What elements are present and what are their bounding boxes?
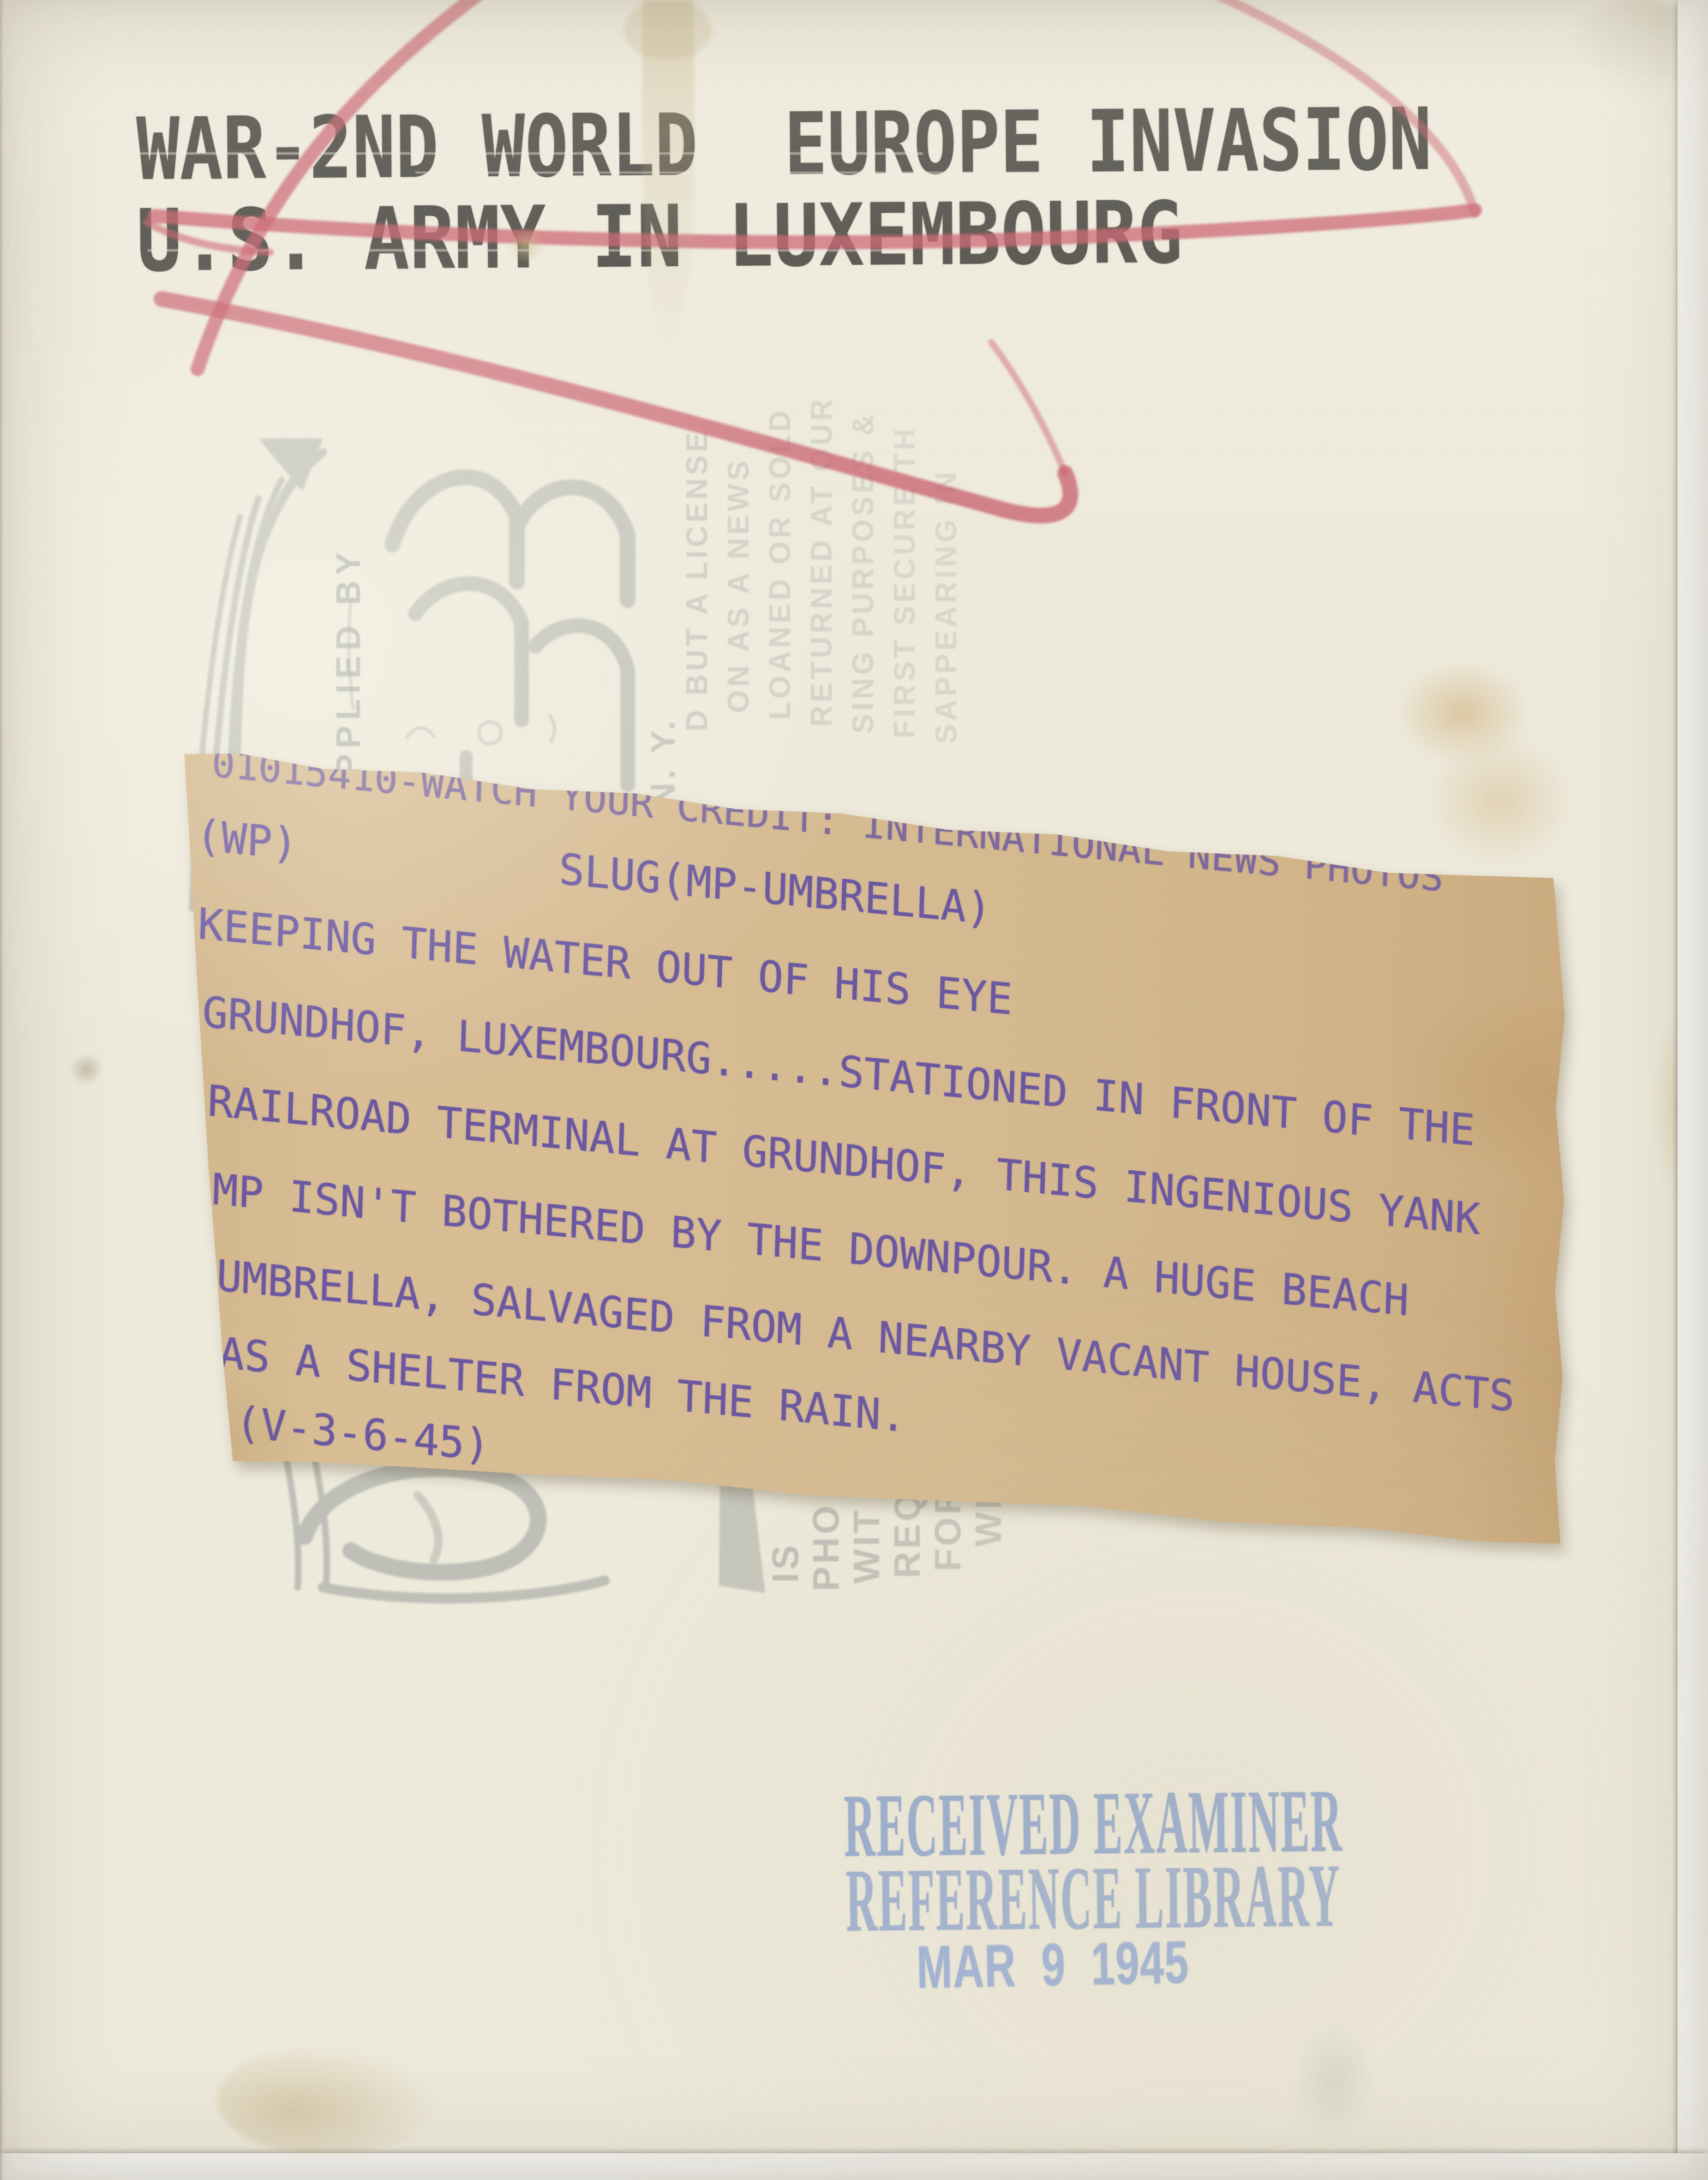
- stamp-conditions-col-7: SAPPEARING IN: [931, 469, 961, 744]
- stamp-conditions-col-6: FIRST SECURE TH: [890, 426, 919, 738]
- stamp-lower-fragment-1: IS: [767, 1542, 804, 1583]
- scanner-bed-right-edge: [1678, 0, 1708, 2180]
- caption-slip: 01015410-WATCH YOUR CREDIT: INTERNATIONA…: [164, 748, 1609, 1602]
- stamp-conditions-col-3: LOANED OR SOLD: [765, 407, 795, 720]
- paper-left-edge-shadow: [0, 0, 4, 2180]
- slip-slug-line: SLUG(MP-UMBRELLA): [558, 848, 992, 931]
- stamp-conditions-col-5: SING PURPOSES &: [848, 411, 878, 734]
- stain-left-edge-spot: [68, 1054, 104, 1084]
- caption-slip-paper: 01015410-WATCH YOUR CREDIT: INTERNATIONA…: [164, 748, 1609, 1602]
- stamp-conditions-col-2: ON AS A NEWS: [724, 458, 753, 713]
- photo-verso-scan: SUPPLIED BY UU ORK, N. Y. D BUT A LICENS…: [0, 0, 1708, 2180]
- stain-top-drip-head: [624, 0, 712, 60]
- stamp-conditions-col-4: RETURNED AT OUR: [807, 396, 836, 727]
- date-received-stamp: MAR 9 1945: [916, 1933, 1190, 1998]
- stamp-conditions-col-1: D BUT A LICENSE: [682, 429, 712, 731]
- header-title-line2: U.S. ARMY IN LUXEMBOURG: [136, 190, 1183, 284]
- stain-bottom-gray-smudge: [1292, 2021, 1375, 2141]
- stain-bottom-left: [217, 2044, 438, 2155]
- slip-agency-code: (WP): [195, 815, 298, 867]
- header-title-line1: WAR-2ND WORLD EUROPE INVASION: [136, 97, 1432, 192]
- stain-slip-right-2: [1426, 734, 1574, 868]
- scanner-bed-bottom-edge: [0, 2153, 1708, 2180]
- stain-slip-right-1: [1394, 660, 1532, 766]
- red-underline-2-return: [991, 342, 1065, 473]
- slip-date-code: (V-3-6-45): [235, 1401, 491, 1467]
